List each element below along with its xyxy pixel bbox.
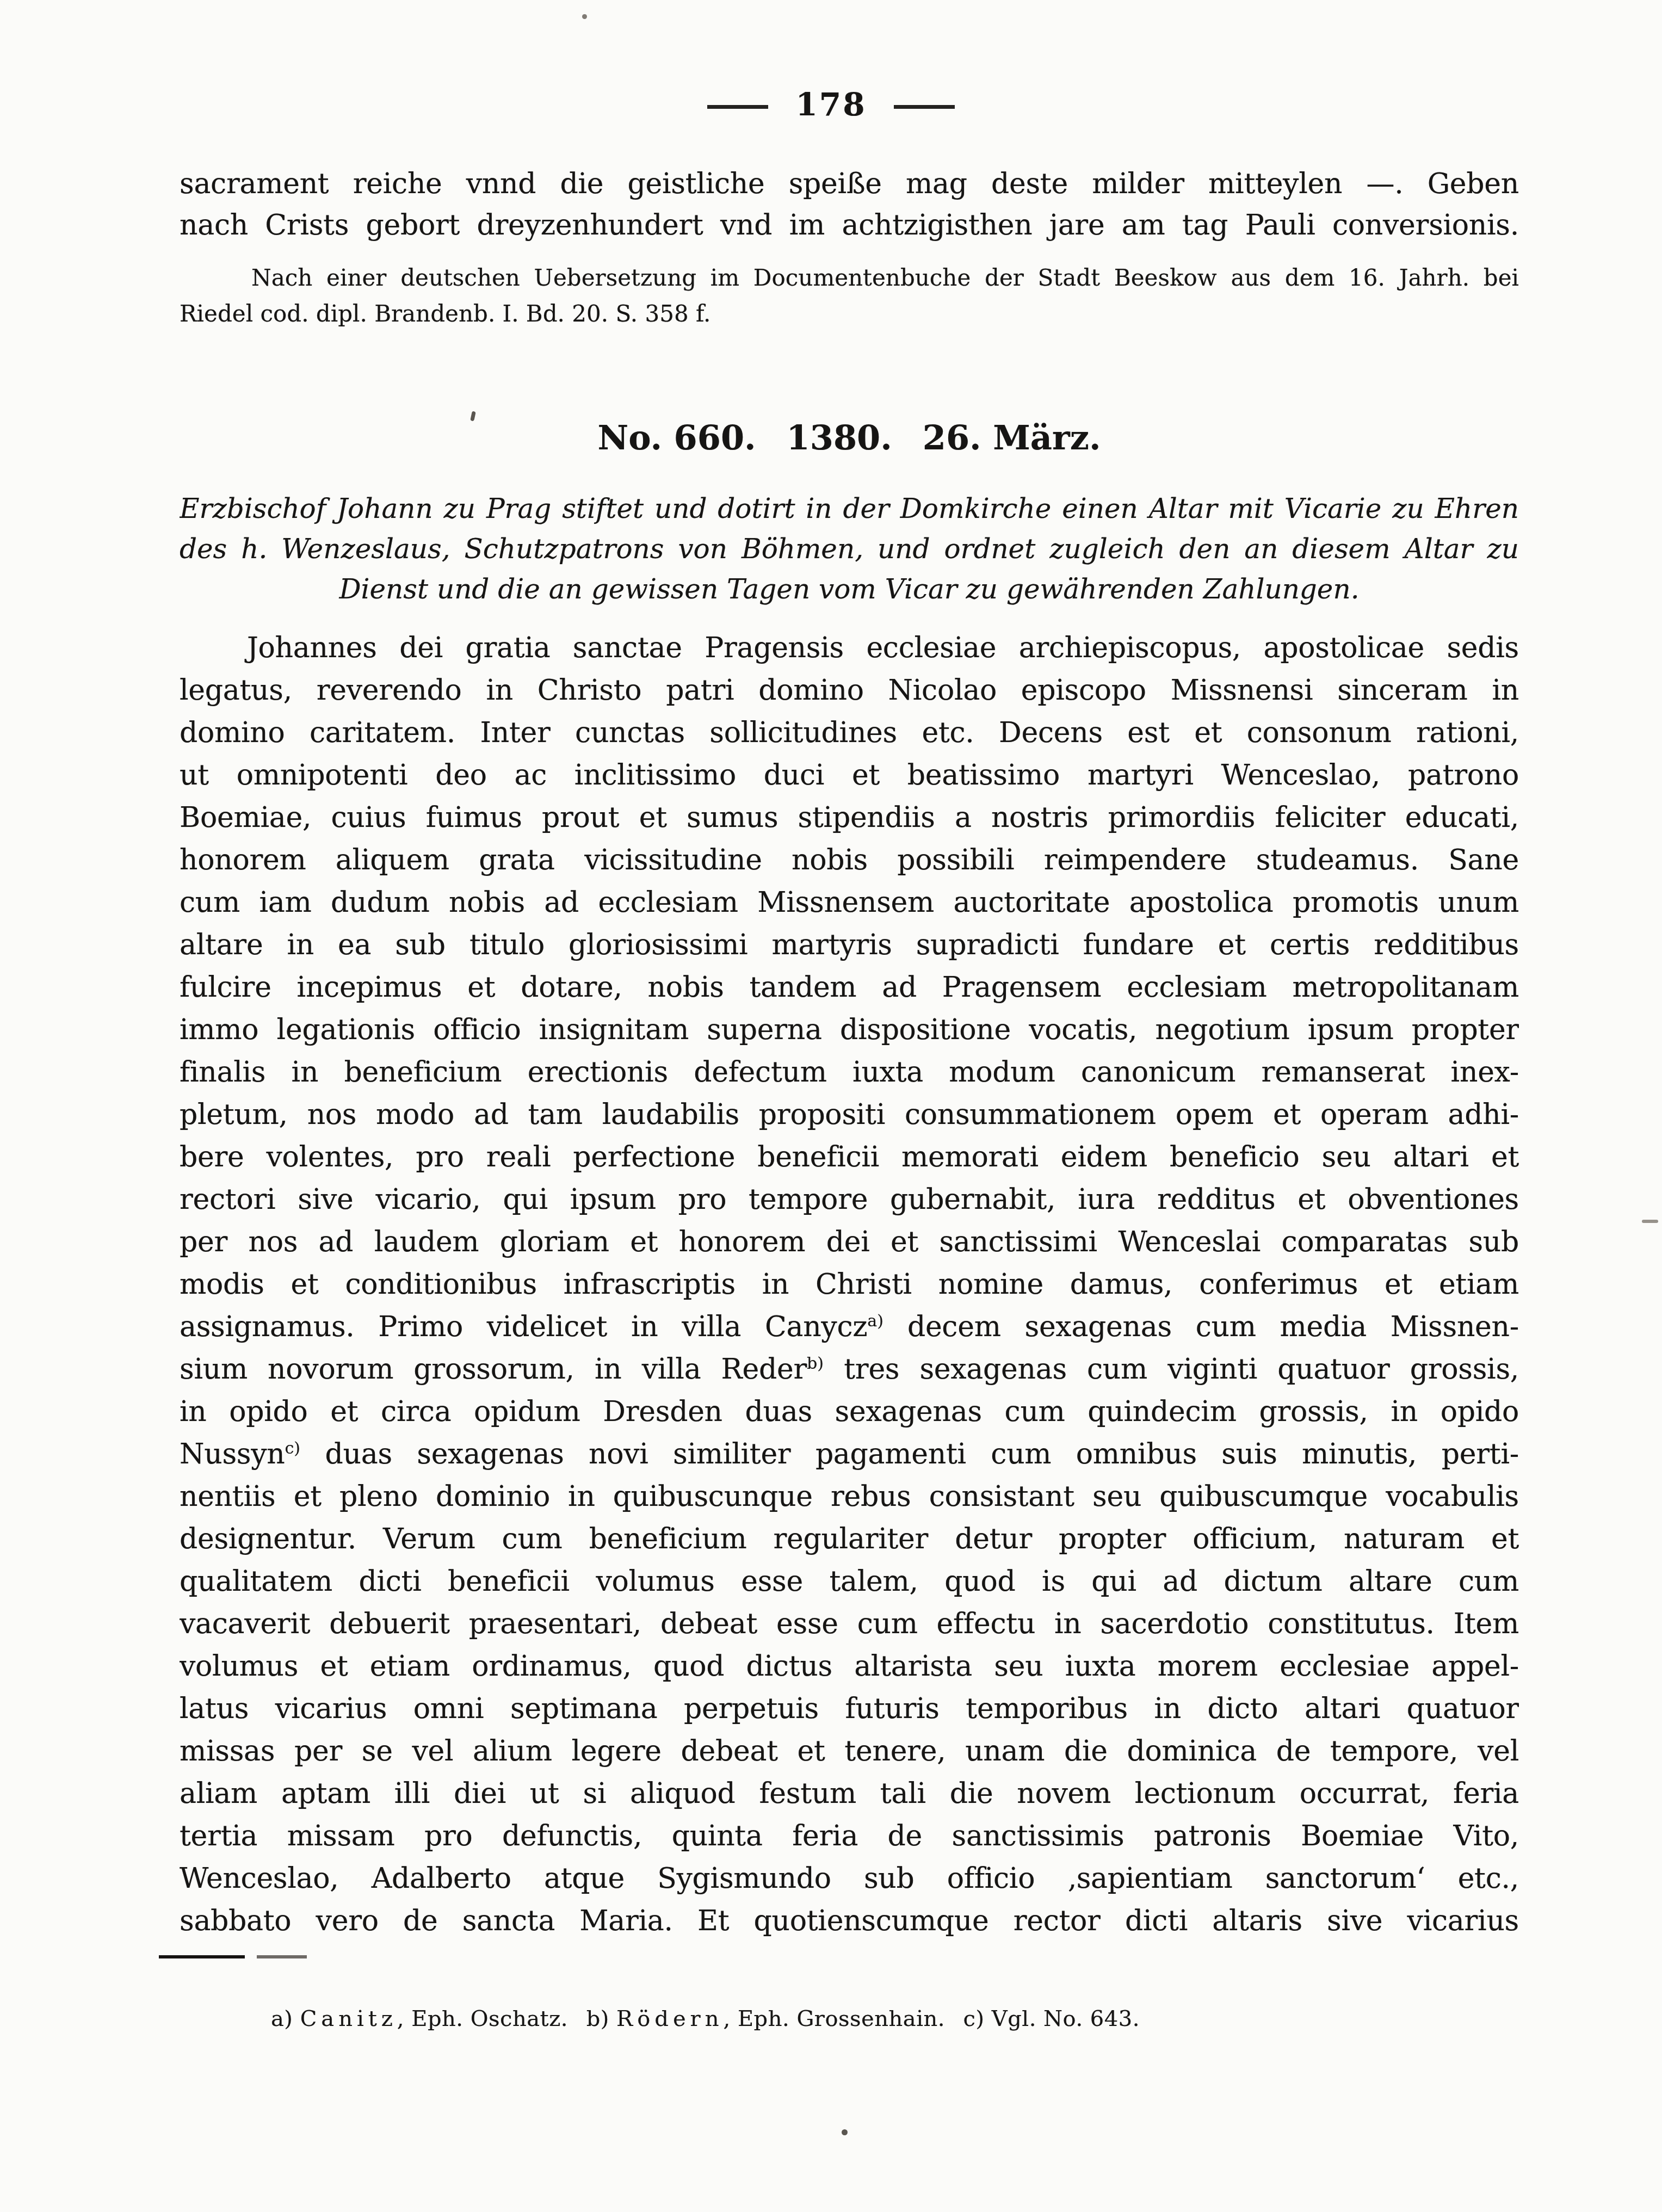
body-text-line: latus vicarius omni septimana perpetuis … [180,1688,1519,1730]
body-text-line: in opido et circa opidum Dresden duas se… [180,1391,1519,1433]
summary-justified-lines: Erzbischof Johann zu Prag stiftet und do… [180,489,1519,569]
ink-spot [582,14,587,19]
body-text-line: immo legationis officio insignitam super… [180,1009,1519,1051]
page-header: 178 [0,86,1662,123]
source-note-line: Riedel cod. dipl. Brandenb. I. Bd. 20. S… [180,296,1519,332]
body-text-line: fulcire incepimus et dotare, nobis tande… [180,966,1519,1009]
ink-spot [842,2129,848,2135]
body-text-line: missas per se vel alium legere debeat et… [180,1730,1519,1772]
body-text-line: Boemiae, cuius fuimus prout et sumus sti… [180,796,1519,839]
body-text-line: assignamus. Primo videlicet in villa Can… [180,1306,1519,1348]
summary-line: des h. Wenzeslaus, Schutzpatrons von Böh… [180,529,1519,569]
body-text-line: legatus, reverendo in Christo patri domi… [180,669,1519,712]
edge-mark [1642,1220,1658,1223]
document-heading: No. 660. 1380. 26. März. [180,418,1519,458]
body-text-line: finalis in beneficium erectionis defectu… [180,1051,1519,1093]
page-number-dash-left [707,105,768,109]
body-text-line: altare in ea sub titulo gloriosissimi ma… [180,924,1519,966]
body-text-line: sium novorum grossorum, in villa Rederb)… [180,1348,1519,1391]
document-body: Johannes dei gratia sanctae Pragensis ec… [180,627,1519,1942]
body-text-line: domino caritatem. Inter cunctas sollicit… [180,712,1519,754]
footnotes: a) Canitz, Eph. Oschatz. b) Rödern, Eph.… [180,2006,1519,2031]
body-text-line: Nussync) duas sexagenas novi similiter p… [180,1433,1519,1475]
body-text-line: honorem aliquem grata vicissitudine nobi… [180,839,1519,881]
body-text-line: ut omnipotenti deo ac inclitissimo duci … [180,754,1519,796]
body-text-line: per nos ad laudem gloriam et honorem dei… [180,1221,1519,1263]
page-number-dash-right [894,105,955,109]
document-year: 1380. [787,418,892,458]
body-text-line: nentiis et pleno dominio in quibuscunque… [180,1475,1519,1518]
body-text-line: Wenceslao, Adalberto atque Sygismundo su… [180,1857,1519,1900]
closing-paragraph-line: nach Crists gebort dreyzenhundert vnd im… [180,205,1519,246]
body-text-line: bere volentes, pro reali perfectione ben… [180,1136,1519,1178]
document-summary: Erzbischof Johann zu Prag stiftet und do… [180,489,1519,609]
footnote-separator [159,1955,307,1958]
body-text-line: volumus et etiam ordinamus, quod dictus … [180,1645,1519,1688]
body-text-line: modis et conditionibus infrascriptis in … [180,1263,1519,1306]
body-text-line: qualitatem dicti beneficii volumus esse … [180,1560,1519,1603]
closing-paragraph: sacrament reiche vnnd die geistliche spe… [180,163,1519,246]
body-text-line: sabbato vero de sancta Maria. Et quotien… [180,1900,1519,1942]
body-text-line: cum iam dudum nobis ad ecclesiam Missnen… [180,881,1519,924]
document-date: 26. März. [923,418,1101,458]
body-text-line: Johannes dei gratia sanctae Pragensis ec… [180,627,1519,669]
source-note: Nach einer deutschen Uebersetzung im Doc… [180,260,1519,332]
closing-paragraph-line: sacrament reiche vnnd die geistliche spe… [180,163,1519,205]
page-number: 178 [795,86,866,123]
body-text-line: rectori sive vicario, qui ipsum pro temp… [180,1178,1519,1221]
body-text-line: tertia missam pro defunctis, quinta feri… [180,1815,1519,1857]
body-text-line: aliam aptam illi diei ut si aliquod fest… [180,1772,1519,1815]
source-note-line: Nach einer deutschen Uebersetzung im Doc… [180,260,1519,296]
body-text-line: designentur. Verum cum beneficium regula… [180,1518,1519,1560]
document-number: No. 660. [598,418,756,458]
summary-line: Erzbischof Johann zu Prag stiftet und do… [180,489,1519,529]
body-text-line: pletum, nos modo ad tam laudabilis propo… [180,1093,1519,1136]
summary-line: Dienst und die an gewissen Tagen vom Vic… [180,569,1519,609]
body-text-line: vacaverit debuerit praesentari, debeat e… [180,1603,1519,1645]
